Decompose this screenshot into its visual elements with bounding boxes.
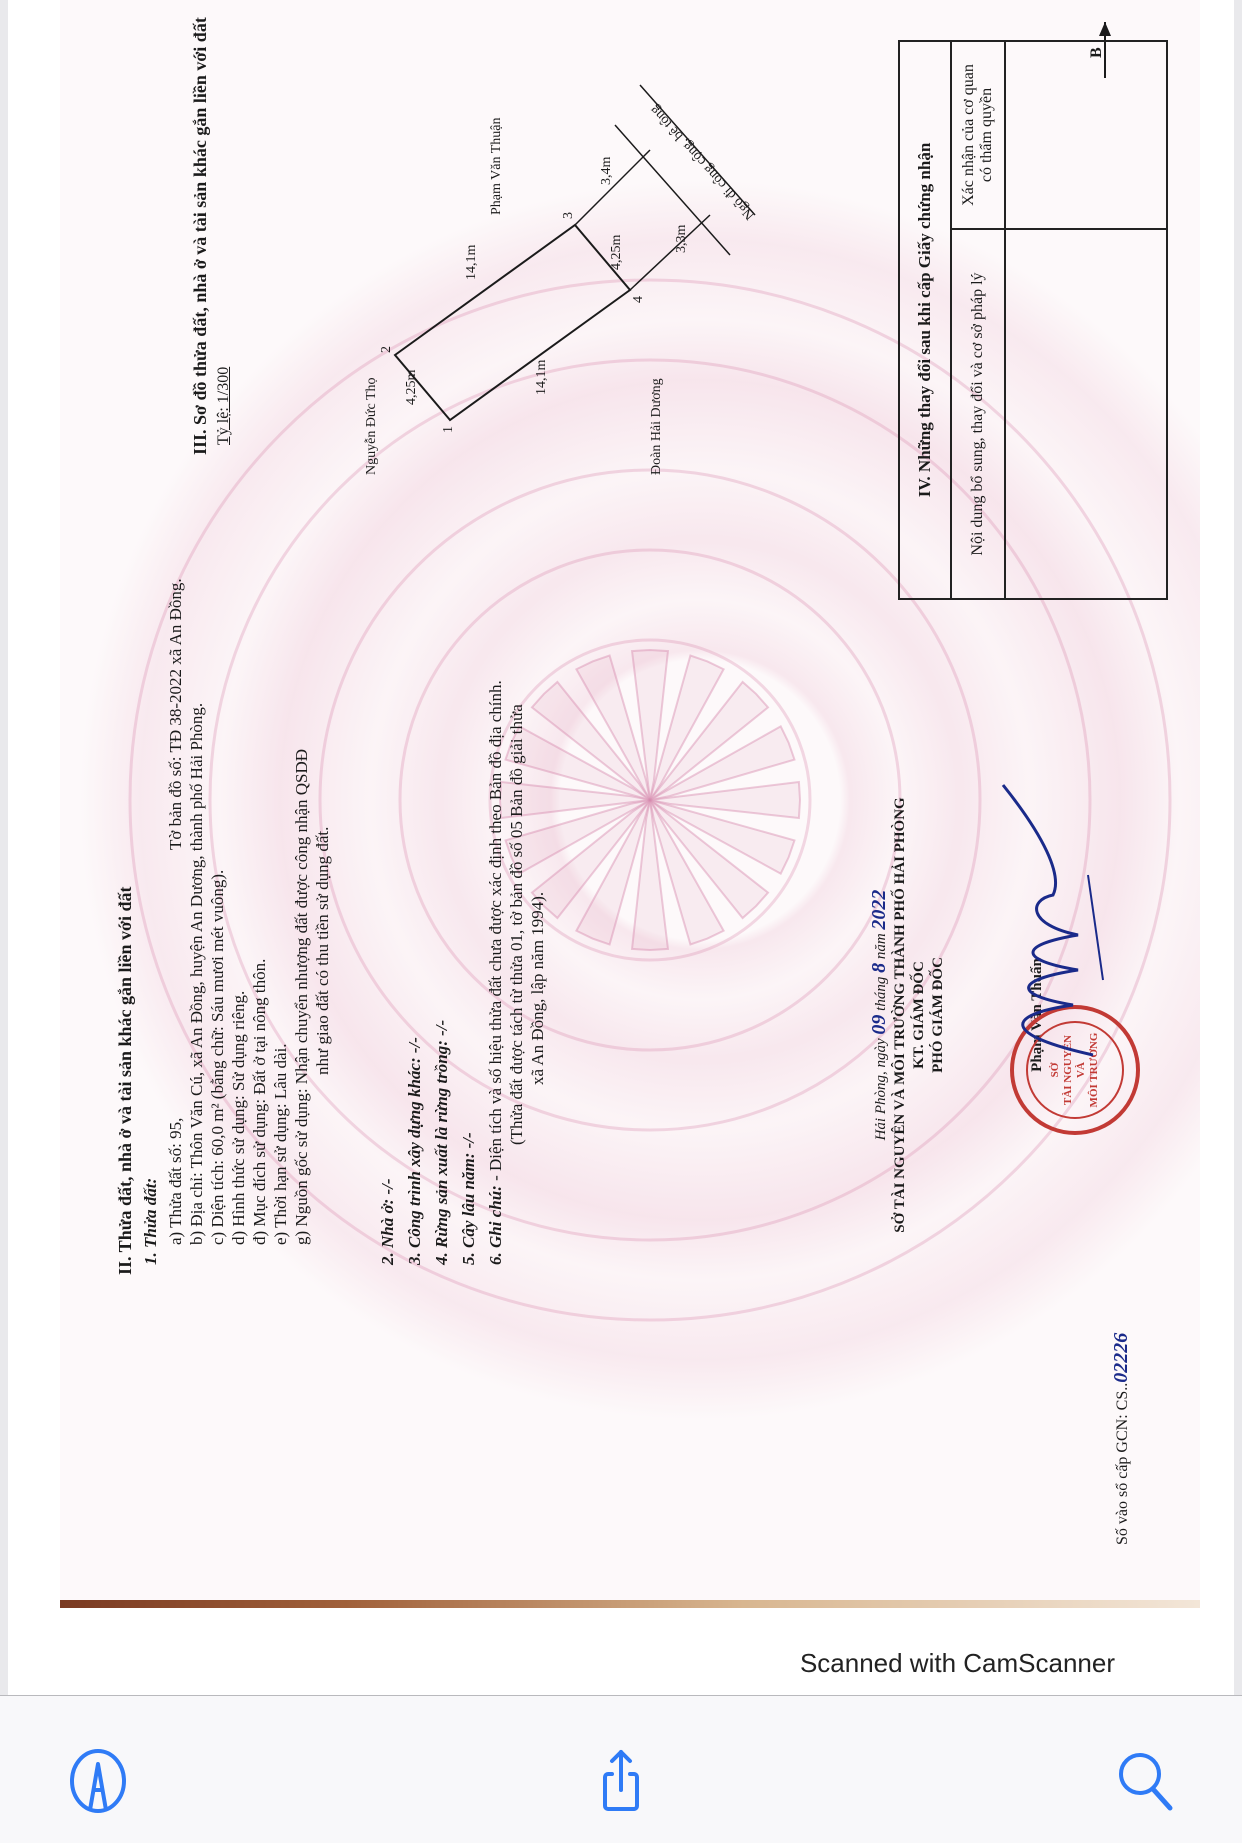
share-button[interactable] [581,1741,661,1821]
date-day: 09 [868,1015,890,1035]
gcn-register-number: Số vào sổ cấp GCN: CS..02226 [1110,1333,1133,1545]
usage-origin-cont: như giao đất có thu tiền sử dụng đất. [312,555,333,1075]
search-icon [1110,1746,1180,1816]
diagram-scale: Tỷ lệ: 1/300 [215,35,233,445]
gcn-number: 02226 [1110,1333,1132,1383]
col-confirmation-line-2: có thẩm quyền [978,64,996,206]
date-year: 2022 [868,890,890,930]
other-construction: 3. Công trình xây dựng khác: -/- [404,555,425,1265]
edge-4-1: 14,1m [534,360,549,396]
usage-form: d) Hình thức sử dụng: Sử dụng riêng. [228,555,249,1245]
setback-3: 3,4m [599,157,614,186]
document-viewer[interactable]: II. Thửa đất, nhà ở và tài sản khác gắn … [0,0,1242,1695]
edge-3-4: 4,25m [609,235,624,271]
col-changes: Nội dung bổ sung, thay đổi và cơ sở pháp… [952,228,1004,598]
share-icon [586,1746,656,1816]
address: b) Địa chỉ: Thôn Văn Cú, xã An Đồng, huy… [186,555,207,1245]
cell-changes [1006,228,1166,598]
production-forest: 4. Rừng sản xuất là rừng trồng: -/- [431,555,452,1265]
parcel-diagram: 1 2 3 4 4,25m 14,1m 4,25m 14,1m 3,4m 3,3… [360,0,840,515]
signature-block: Hải Phòng, ngày 09 tháng 8 năm 2022 SỞ T… [870,755,1047,1275]
table-row [1006,42,1166,598]
neighbor-north: Nguyễn Đức Thọ [364,377,379,475]
note-label: 6. Ghi chú: [486,1185,505,1265]
vertex-1: 1 [441,426,456,433]
section-parcel-diagram: III. Sơ đồ thửa đất, nhà ở và tài sản kh… [190,35,233,455]
markup-button[interactable] [58,1741,138,1821]
vertex-3: 3 [561,212,576,219]
markup-pen-icon [63,1746,133,1816]
section-land-info: II. Thửa đất, nhà ở và tài sản khác gắn … [115,555,548,1275]
vertex-2: 2 [379,346,394,353]
rotated-document: II. Thửa đất, nhà ở và tài sản khác gắn … [60,0,1200,1605]
date-prefix: Hải Phòng, ngày [873,1038,889,1140]
usage-origin: g) Nguồn gốc sử dụng: Nhận chuyển nhượng… [291,555,312,1245]
land-parcel-subheading: 1. Thửa đất: [140,555,161,1265]
camscanner-watermark: Scanned with CamScanner [8,1648,1242,1679]
section4-heading: IV. Những thay đổi sau khi cấp Giấy chứn… [900,42,952,598]
issue-date: Hải Phòng, ngày 09 tháng 8 năm 2022 [870,755,891,1275]
section3-heading: III. Sơ đồ thửa đất, nhà ở và tài sản kh… [190,35,211,455]
note-line-3: xã An Đồng, lập năm 1994). [527,555,548,1085]
month-prefix: tháng [873,977,889,1011]
scanned-page: II. Thửa đất, nhà ở và tài sản khác gắn … [60,0,1200,1605]
search-button[interactable] [1105,1741,1185,1821]
usage-term: e) Thời hạn sử dụng: Lâu dài. [270,555,291,1245]
edge-2-3: 14,1m [464,245,479,281]
role-line-2: PHÓ GIÁM ĐỐC [929,755,948,1275]
neighbor-east: Phạm Văn Thuận [489,118,504,215]
role-line-1: KT. GIÁM ĐỐC [910,755,929,1275]
edge-1-2: 4,25m [404,370,419,406]
vertex-4: 4 [631,296,646,303]
note: 6. Ghi chú: - Diện tích và số hiệu thửa … [485,555,506,1265]
section2-heading: II. Thửa đất, nhà ở và tài sản khác gắn … [115,555,136,1275]
gcn-label: Số vào sổ cấp GCN: CS.. [1114,1383,1131,1545]
note-line-2: (Thửa đất được tách từ thửa 01, tờ bản đ… [506,555,527,1145]
note-line-1: - Diện tích và số hiệu thửa đất chưa đượ… [486,680,505,1181]
page-edge [60,1600,1200,1608]
perennial-trees: 5. Cây lâu năm: -/- [458,555,479,1265]
parcel-number: a) Thửa đất số: 95, Tờ bản đồ số: TĐ 38-… [165,555,186,1245]
table-header-row: Nội dung bổ sung, thay đổi và cơ sở pháp… [952,42,1006,598]
public-alley: Ngõ đi công cộng, bê tông [647,102,758,222]
col-confirmation-line-1: Xác nhận của cơ quan [960,64,978,206]
house: 2. Nhà ở: -/- [377,555,398,1265]
bottom-toolbar [0,1695,1242,1843]
map-sheet: Tờ bản đồ số: TĐ 38-2022 xã An Đồng. [165,578,186,850]
neighbor-west: Đoàn Hải Dương [649,378,664,475]
parcel-number-text: a) Thửa đất số: 95, [166,1118,185,1245]
handwritten-signature [983,775,1113,1075]
cell-confirmation [1006,42,1166,228]
year-prefix: năm [873,933,889,959]
setback-4: 3,3m [674,225,689,254]
changes-table: IV. Những thay đổi sau khi cấp Giấy chứn… [898,40,1168,600]
date-month: 8 [868,963,890,973]
usage-purpose: đ) Mục đích sử dụng: Đất ở tại nông thôn… [249,555,270,1245]
issuing-org: SỞ TÀI NGUYÊN VÀ MÔI TRƯỜNG THÀNH PHỐ HẢ… [891,755,910,1275]
col-confirmation: Xác nhận của cơ quan có thẩm quyền [952,42,1004,228]
area: c) Diện tích: 60,0 m² (bằng chữ: Sáu mươ… [207,555,228,1245]
